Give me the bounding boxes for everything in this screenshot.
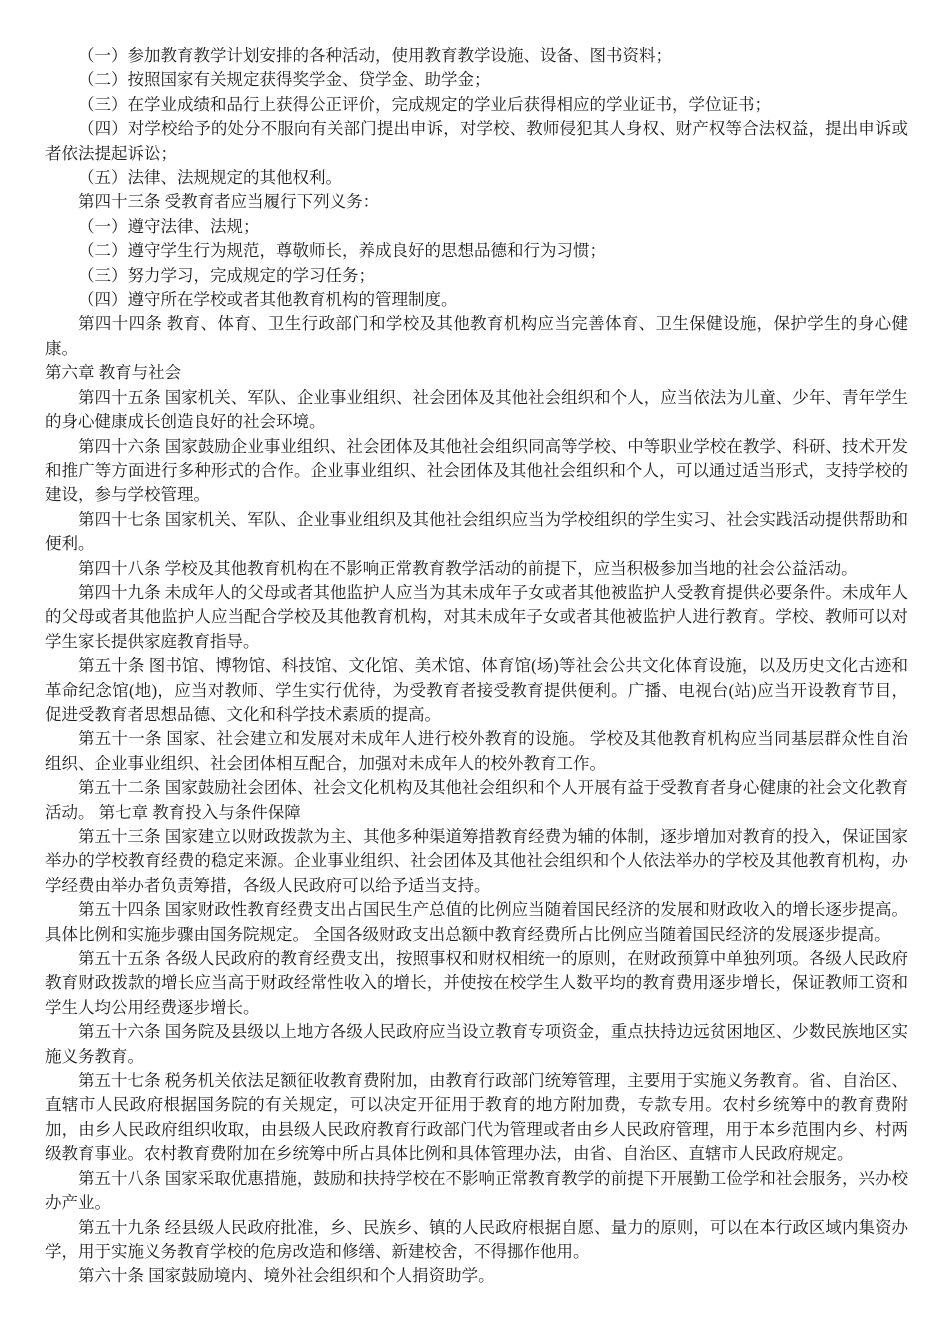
rights-item-4: （四）对学校给予的处分不服向有关部门提出申诉，对学校、教师侵犯其人身权、财产权等… [45,117,908,166]
article-49: 第四十九条 未成年人的父母或者其他监护人应当为其未成年子女或者其他被监护人受教育… [45,581,908,654]
article-57: 第五十七条 税务机关依法足额征收教育费附加，由教育行政部门统筹管理，主要用于实施… [45,1069,908,1167]
document-body: （一）参加教育教学计划安排的各种活动，使用教育教学设施、设备、图书资料；（二）按… [45,44,908,1289]
article-53: 第五十三条 国家建立以财政拨款为主、其他多种渠道筹措教育经费为辅的体制，逐步增加… [45,825,908,898]
article-44: 第四十四条 教育、体育、卫生行政部门和学校及其他教育机构应当完善体育、卫生保健设… [45,312,908,361]
duties-item-3: （三）努力学习，完成规定的学习任务； [45,264,908,288]
article-52-and-chapter-7-heading: 第五十二条 国家鼓励社会团体、社会文化机构及其他社会组织和个人开展有益于受教育者… [45,776,908,825]
article-51: 第五十一条 国家、社会建立和发展对未成年人进行校外教育的设施。 学校及其他教育机… [45,727,908,776]
article-59: 第五十九条 经县级人民政府批准，乡、民族乡、镇的人民政府根据自愿、量力的原则，可… [45,1216,908,1265]
duties-item-2: （二）遵守学生行为规范，尊敬师长，养成良好的思想品德和行为习惯； [45,239,908,263]
article-46: 第四十六条 国家鼓励企业事业组织、社会团体及其他社会组织同高等学校、中等职业学校… [45,435,908,508]
rights-item-2: （二）按照国家有关规定获得奖学金、贷学金、助学金； [45,68,908,92]
document-page: （一）参加教育教学计划安排的各种活动，使用教育教学设施、设备、图书资料；（二）按… [0,0,950,1344]
article-56: 第五十六条 国务院及县级以上地方各级人民政府应当设立教育专项资金，重点扶持边远贫… [45,1020,908,1069]
duties-item-1: （一）遵守法律、法规； [45,215,908,239]
article-60: 第六十条 国家鼓励境内、境外社会组织和个人捐资助学。 [45,1264,908,1288]
rights-item-1: （一）参加教育教学计划安排的各种活动，使用教育教学设施、设备、图书资料； [45,44,908,68]
article-55: 第五十五条 各级人民政府的教育经费支出，按照事权和财权相统一的原则，在财政预算中… [45,947,908,1020]
article-48: 第四十八条 学校及其他教育机构在不影响正常教育教学活动的前提下，应当积极参加当地… [45,557,908,581]
chapter-6-heading: 第六章 教育与社会 [45,361,908,385]
duties-item-4: （四）遵守所在学校或者其他教育机构的管理制度。 [45,288,908,312]
article-45: 第四十五条 国家机关、军队、企业事业组织、社会团体及其他社会组织和个人，应当依法… [45,386,908,435]
rights-item-5: （五）法律、法规规定的其他权利。 [45,166,908,190]
article-47: 第四十七条 国家机关、军队、企业事业组织及其他社会组织应当为学校组织的学生实习、… [45,508,908,557]
article-54: 第五十四条 国家财政性教育经费支出占国民生产总值的比例应当随着国民经济的发展和财… [45,898,908,947]
rights-item-3: （三）在学业成绩和品行上获得公正评价，完成规定的学业后获得相应的学业证书，学位证… [45,93,908,117]
article-50: 第五十条 图书馆、博物馆、科技馆、文化馆、美术馆、体育馆(场)等社会公共文化体育… [45,654,908,727]
article-43: 第四十三条 受教育者应当履行下列义务： [45,190,908,214]
article-58: 第五十八条 国家采取优惠措施，鼓励和扶持学校在不影响正常教育教学的前提下开展勤工… [45,1167,908,1216]
